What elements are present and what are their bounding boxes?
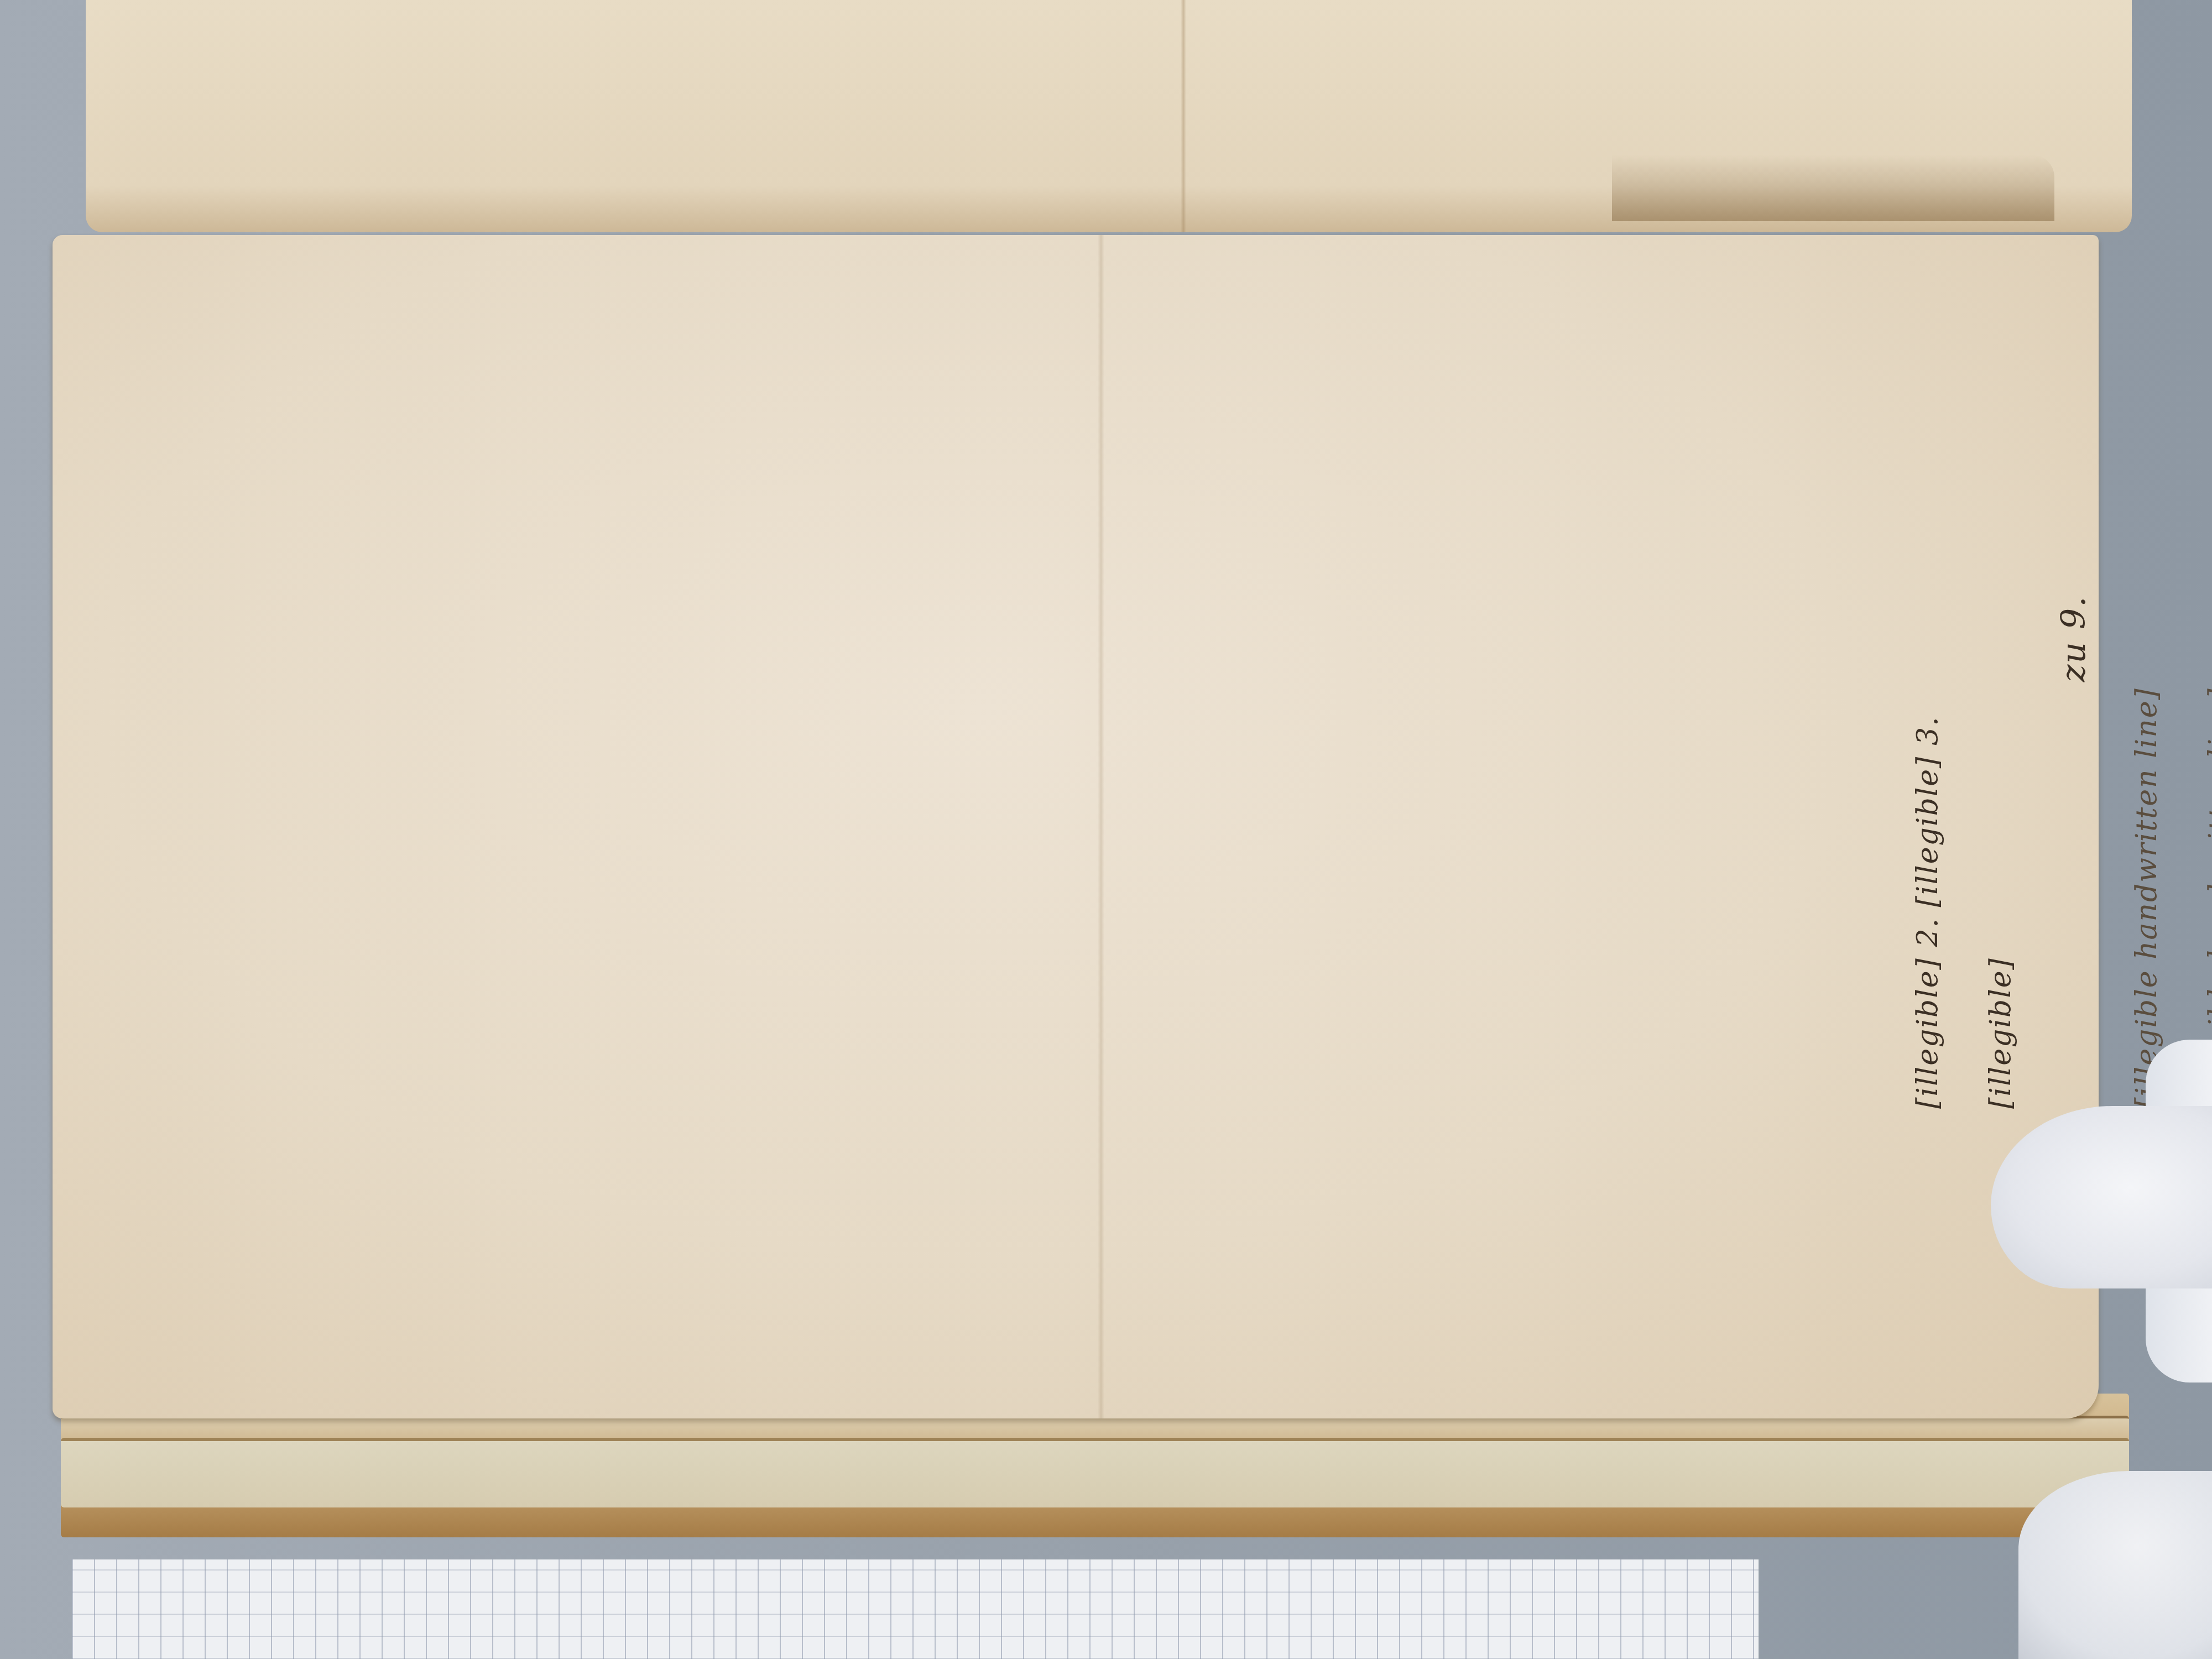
fold-crease <box>1181 0 1186 232</box>
manuscript-line: [illegible handwritten line] <box>2110 169 2183 1109</box>
manuscript-page[interactable] <box>53 235 2099 1418</box>
manuscript-text-block: [illegible] 2. [illegible] 3. [illegible… <box>1891 169 2212 1109</box>
gloved-hand-lower <box>2018 1471 2212 1659</box>
back-page-blank <box>86 0 2132 232</box>
grid-paper-underlay <box>72 1559 1759 1659</box>
heading-line: [illegible] 2. [illegible] 3. <box>1891 169 1964 1109</box>
manuscript-line: [illegible handwritten line] <box>2183 169 2212 1109</box>
heading-line: [illegible] <box>1964 169 2037 1109</box>
page-fold-crease <box>1098 235 1104 1418</box>
page-stack-pale-leaf <box>61 1438 2129 1507</box>
section-heading-9: zu 9. <box>2037 169 2110 1109</box>
